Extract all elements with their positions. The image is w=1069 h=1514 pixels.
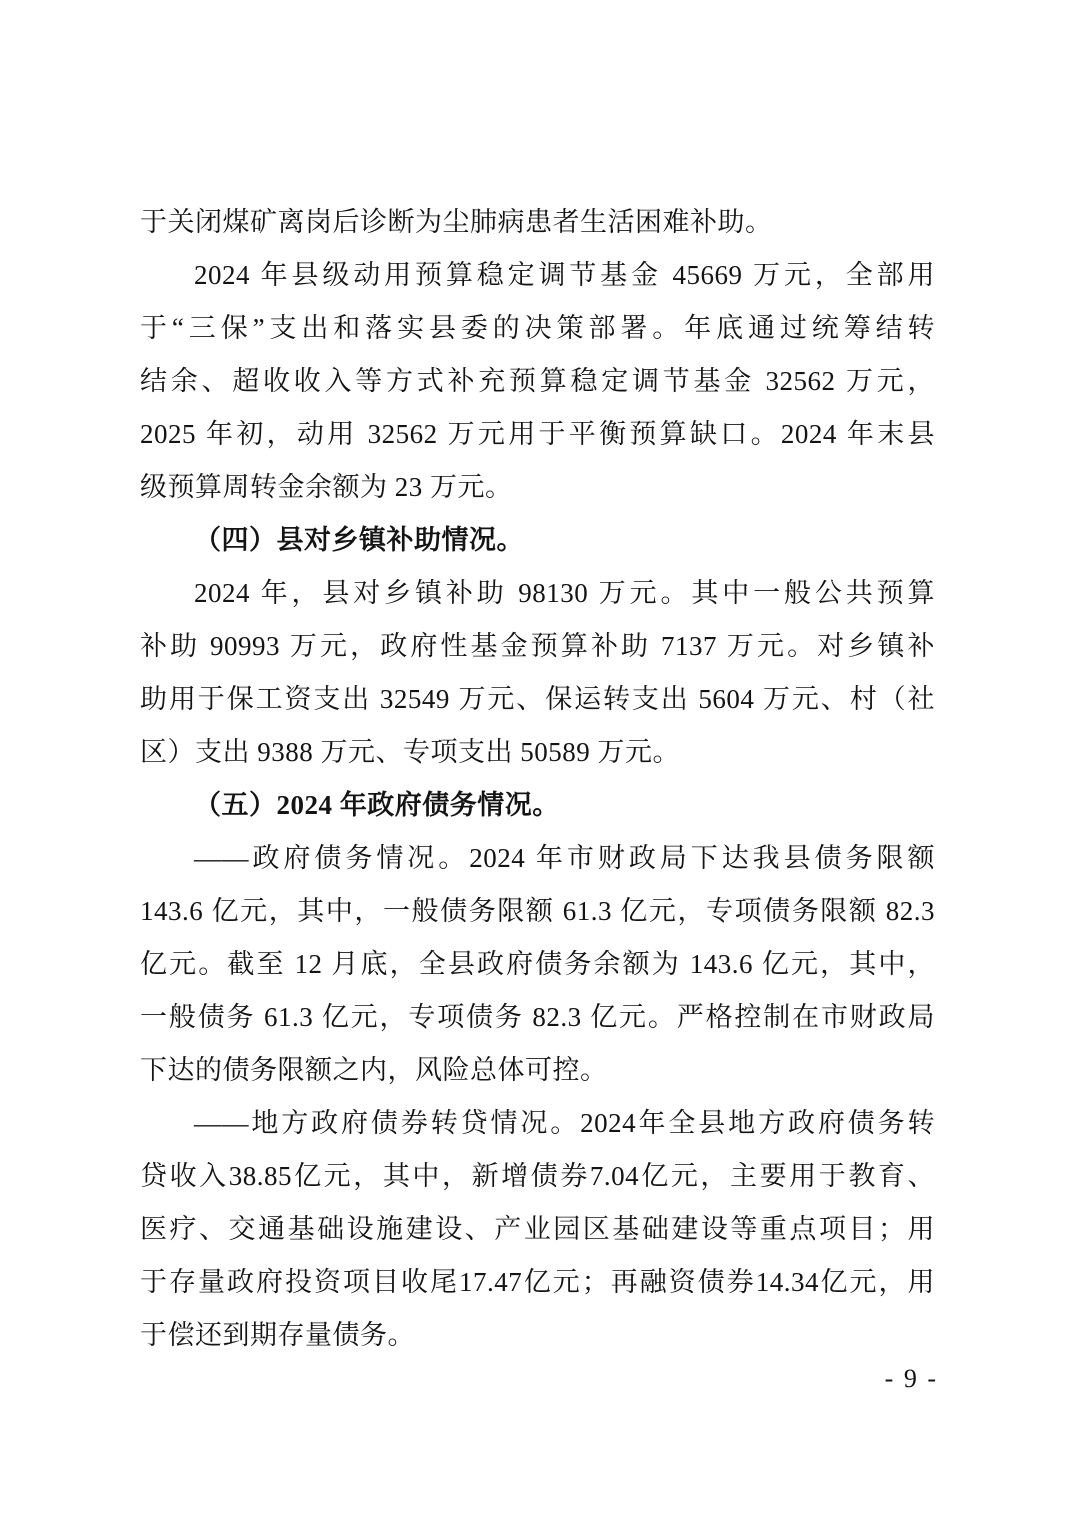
- text-line: 143.6 亿元，其中，一般债务限额 61.3 亿元，专项债务限额 82.3: [140, 885, 935, 938]
- text-line: ——政府债务情况。2024 年市财政局下达我县债务限额: [140, 832, 935, 885]
- text-line: 于关闭煤矿离岗后诊断为尘肺病患者生活困难补助。: [140, 196, 935, 249]
- text-line: 级预算周转金余额为 23 万元。: [140, 461, 935, 514]
- text-line: 2025 年初，动用 32562 万元用于平衡预算缺口。2024 年末县: [140, 408, 935, 461]
- heading-section-4: （四）县对乡镇补助情况。: [140, 514, 935, 567]
- text-line: 于“三保”支出和落实县委的决策部署。年底通过统筹结转: [140, 302, 935, 355]
- text-line: 贷收入38.85亿元，其中，新增债券7.04亿元，主要用于教育、: [140, 1150, 935, 1203]
- heading-section-5: （五）2024 年政府债务情况。: [140, 779, 935, 832]
- text-line: ——地方政府债券转贷情况。2024年全县地方政府债务转: [140, 1097, 935, 1150]
- text-line: 一般债务 61.3 亿元，专项债务 82.3 亿元。严格控制在市财政局: [140, 991, 935, 1044]
- text-block: 于关闭煤矿离岗后诊断为尘肺病患者生活困难补助。 2024 年县级动用预算稳定调节…: [140, 196, 935, 1362]
- text-line: 助用于保工资支出 32549 万元、保运转支出 5604 万元、村（社: [140, 673, 935, 726]
- text-line: 于存量政府投资项目收尾17.47亿元；再融资债券14.34亿元，用: [140, 1256, 935, 1309]
- document-page: 于关闭煤矿离岗后诊断为尘肺病患者生活困难补助。 2024 年县级动用预算稳定调节…: [0, 0, 1069, 1514]
- text-line: 2024 年，县对乡镇补助 98130 万元。其中一般公共预算: [140, 567, 935, 620]
- text-line: 2024 年县级动用预算稳定调节基金 45669 万元，全部用: [140, 249, 935, 302]
- text-line: 区）支出 9388 万元、专项支出 50589 万元。: [140, 726, 935, 779]
- text-line: 补助 90993 万元，政府性基金预算补助 7137 万元。对乡镇补: [140, 620, 935, 673]
- page-number: - 9 -: [885, 1364, 938, 1394]
- text-line: 于偿还到期存量债务。: [140, 1309, 935, 1362]
- text-line: 下达的债务限额之内，风险总体可控。: [140, 1044, 935, 1097]
- text-line: 医疗、交通基础设施建设、产业园区基础建设等重点项目；用: [140, 1203, 935, 1256]
- text-line: 结余、超收收入等方式补充预算稳定调节基金 32562 万元，: [140, 355, 935, 408]
- text-line: 亿元。截至 12 月底，全县政府债务余额为 143.6 亿元，其中，: [140, 938, 935, 991]
